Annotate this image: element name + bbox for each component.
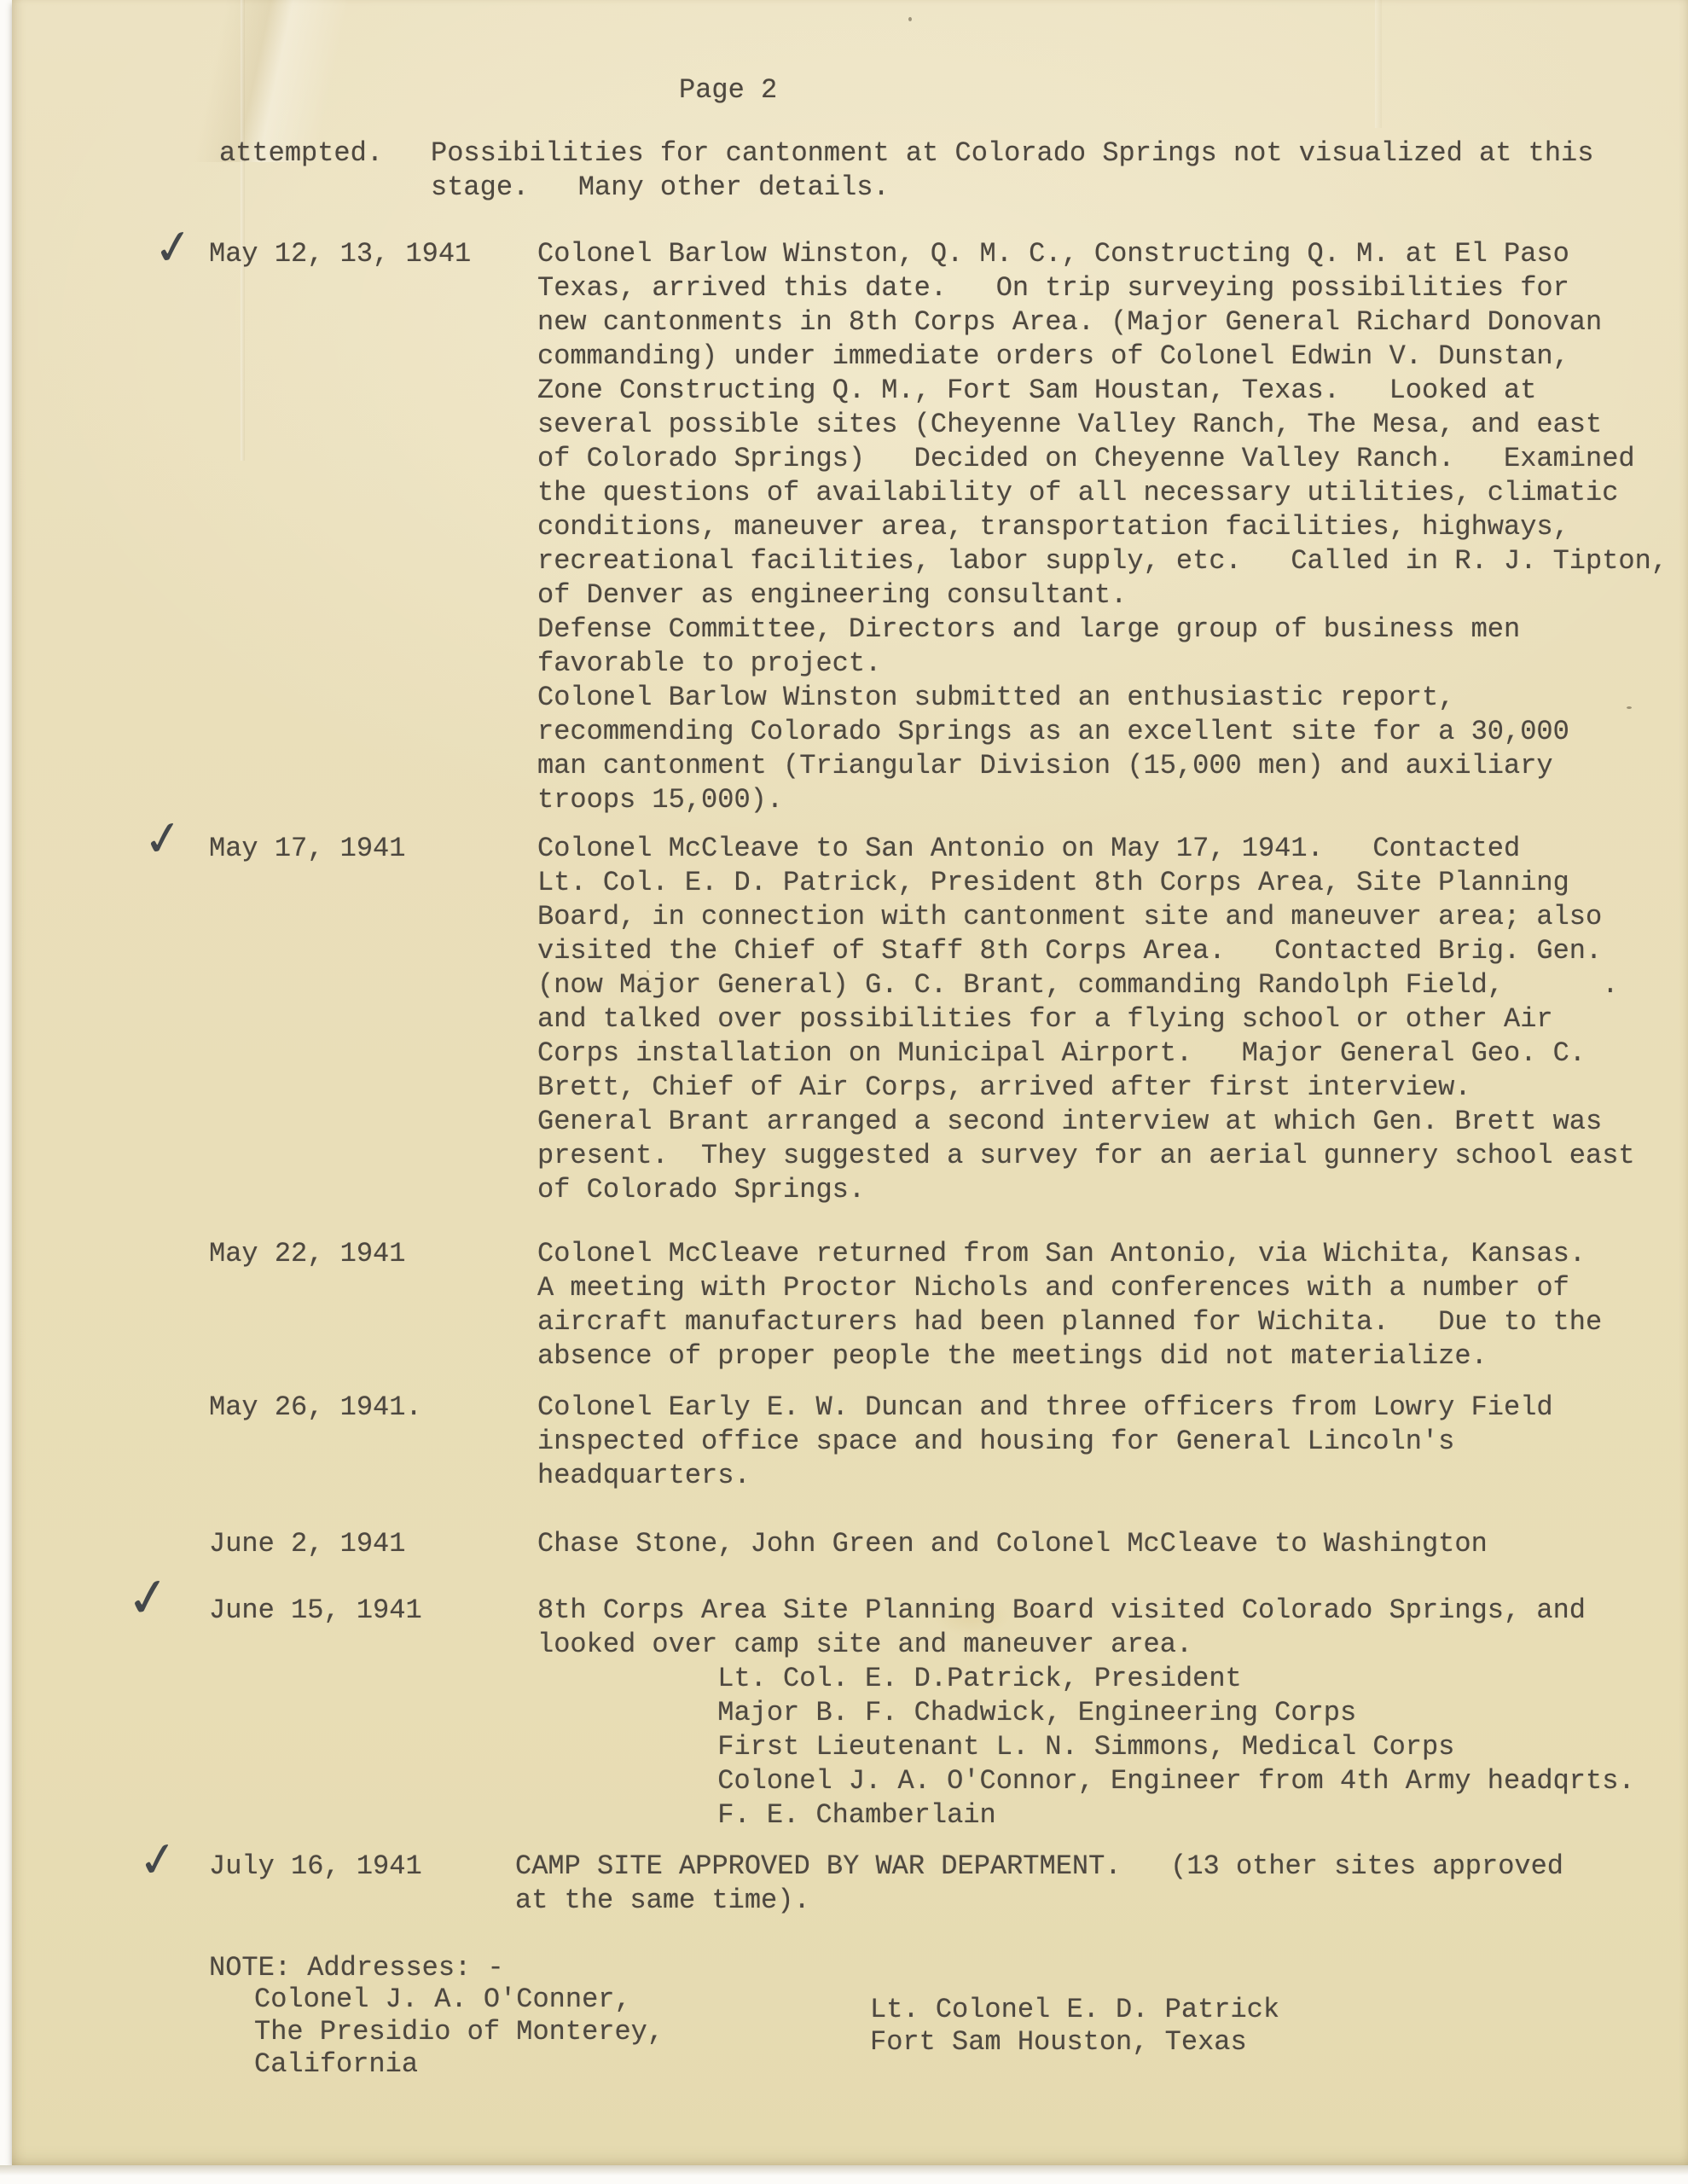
entry-date: May 26, 1941. (209, 1391, 422, 1425)
entry-body: Colonel McCleave returned from San Anton… (537, 1237, 1602, 1374)
address-block-right: Lt. Colonel E. D. Patrick Fort Sam Houst… (870, 1994, 1279, 2059)
scanned-document: Page 2 attempted. Possibilities for cant… (0, 0, 1688, 2184)
address-block-left: Colonel J. A. O'Conner, The Presidio of … (254, 1984, 664, 2081)
entry-body: Chase Stone, John Green and Colonel McCl… (537, 1527, 1488, 1561)
paper-crease (1375, 0, 1382, 128)
entry-date: June 15, 1941 (209, 1594, 422, 1628)
checkmark-icon: ✓ (135, 1830, 183, 1891)
entry-date: July 16, 1941 (209, 1850, 422, 1884)
entry-body: Colonel Barlow Winston, Q. M. C., Constr… (537, 237, 1668, 817)
page-title: Page 2 (679, 73, 777, 107)
paper-sheet: Page 2 attempted. Possibilities for cant… (12, 0, 1688, 2165)
checkmark-icon: ✓ (140, 809, 188, 869)
entry-date: June 2, 1941 (209, 1527, 405, 1561)
entry-date: May 17, 1941 (209, 832, 405, 866)
entry-date: May 22, 1941 (209, 1237, 405, 1271)
checkmark-icon: ✓ (122, 1564, 175, 1632)
entry-body: Colonel McCleave to San Antonio on May 1… (537, 832, 1635, 1207)
continuation-body: Possibilities for cantonment at Colorado… (431, 136, 1593, 205)
checkmark-icon: ✓ (150, 218, 198, 278)
scan-edge (0, 2165, 1688, 2184)
entry-body: 8th Corps Area Site Planning Board visit… (537, 1594, 1635, 1833)
entry-date: May 12, 13, 1941 (209, 237, 471, 271)
entry-body: CAMP SITE APPROVED BY WAR DEPARTMENT. (1… (515, 1850, 1563, 1918)
entry-body: Colonel Early E. W. Duncan and three off… (537, 1391, 1553, 1493)
paper-crease (241, 0, 245, 461)
paper-speck (908, 17, 912, 21)
note-heading: NOTE: Addresses: - (209, 1951, 504, 1985)
continuation-margin-word: attempted. (219, 136, 383, 171)
